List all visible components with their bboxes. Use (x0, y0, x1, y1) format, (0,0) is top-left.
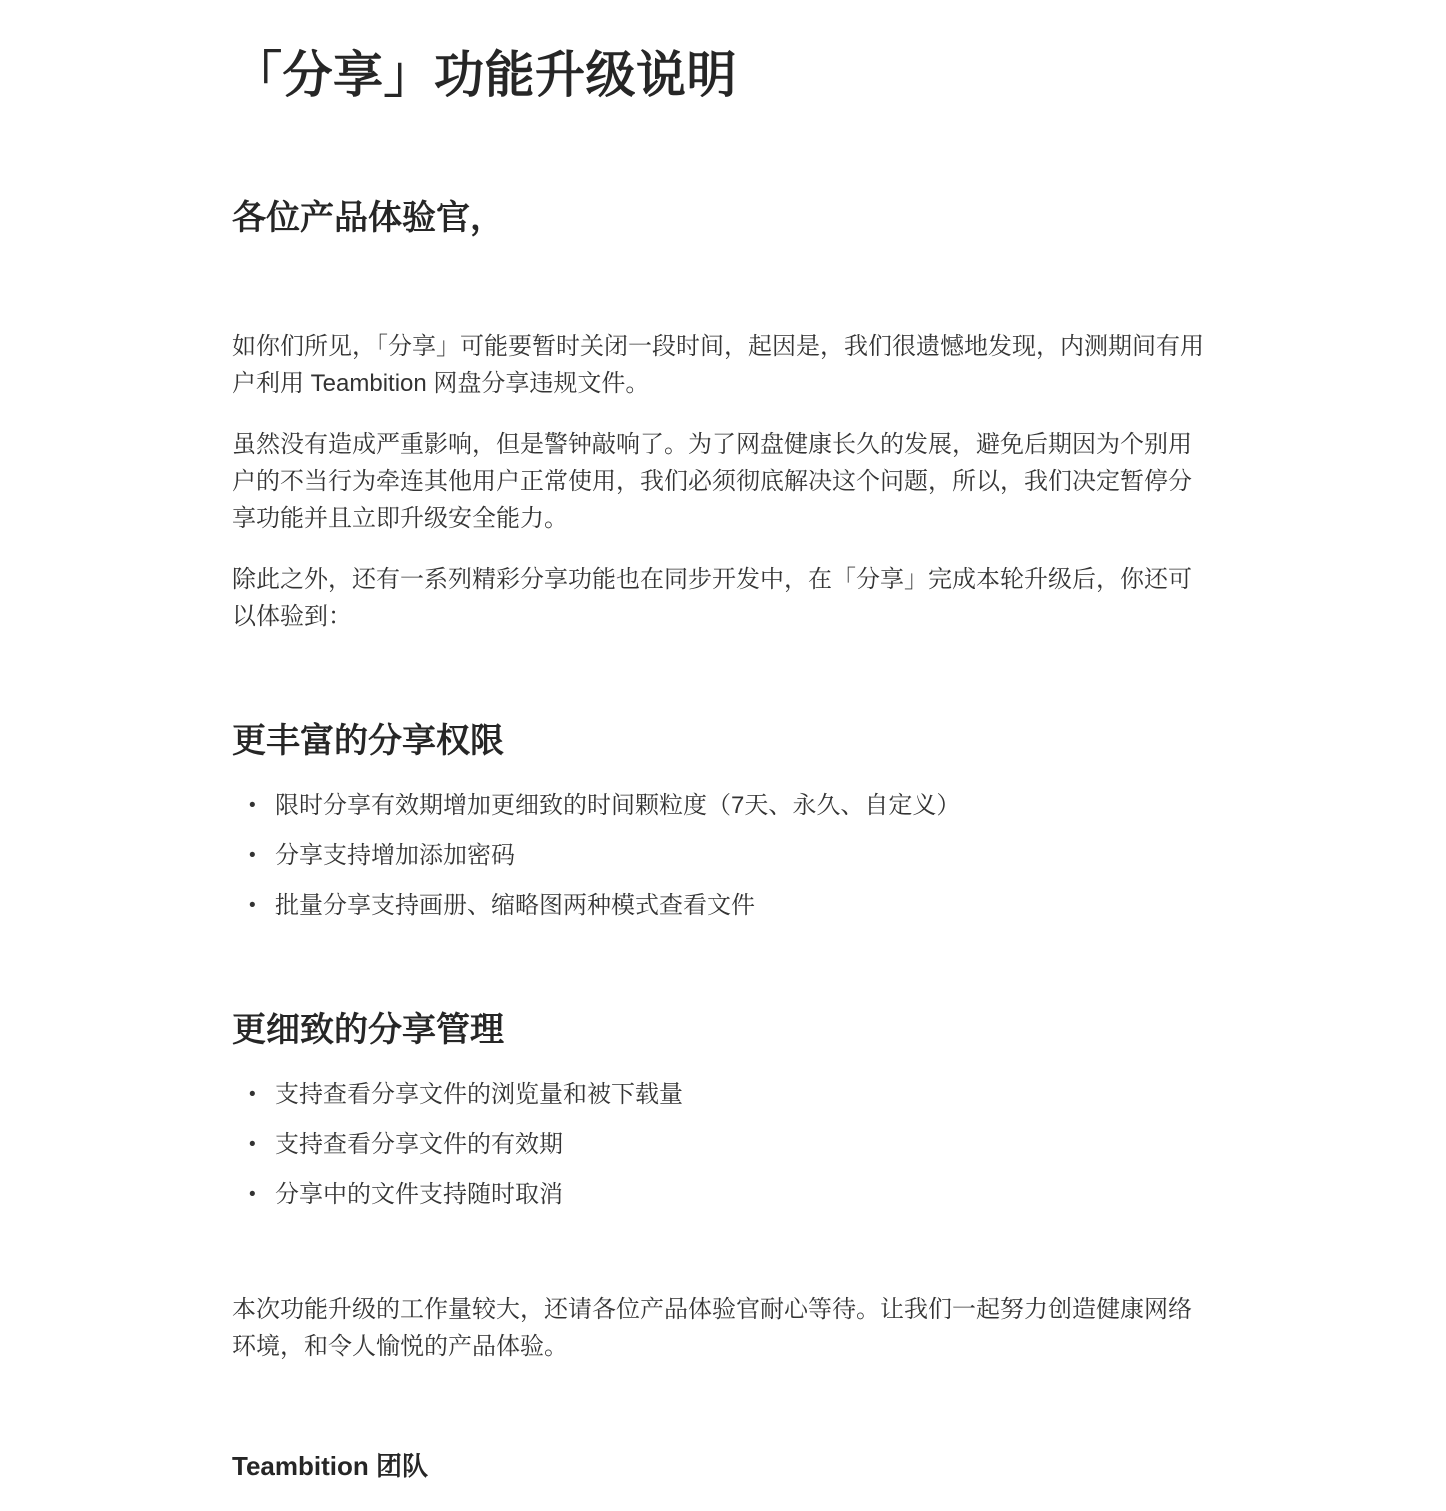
list-item-text: 限时分享有效期增加更细致的时间颗粒度（7天、永久、自定义） (275, 792, 960, 819)
list-item-text: 分享中的文件支持随时取消 (275, 1181, 563, 1208)
list-item-text: 支持查看分享文件的有效期 (275, 1131, 563, 1158)
list-item-text: 分享支持增加添加密码 (275, 842, 515, 869)
list-item: • 限时分享有效期增加更细致的时间颗粒度（7天、永久、自定义） (232, 787, 1214, 824)
bullet-dot-icon: • (249, 1176, 256, 1213)
list-item: • 支持查看分享文件的浏览量和被下载量 (232, 1076, 1214, 1113)
intro-paragraph-2: 虽然没有造成严重影响，但是警钟敲响了。为了网盘健康长久的发展，避免后期因为个别用… (232, 426, 1214, 537)
list-item: • 支持查看分享文件的有效期 (232, 1126, 1214, 1163)
bullet-dot-icon: • (249, 837, 256, 874)
list-item-text: 支持查看分享文件的浏览量和被下载量 (275, 1081, 683, 1108)
share-management-list: • 支持查看分享文件的浏览量和被下载量 • 支持查看分享文件的有效期 • 分享中… (232, 1076, 1214, 1213)
intro-paragraph-1: 如你们所见，「分享」可能要暂时关闭一段时间，起因是，我们很遗憾地发现，内测期间有… (232, 328, 1214, 402)
bullet-dot-icon: • (249, 1076, 256, 1113)
section-heading-share-management: 更细致的分享管理 (232, 1008, 1214, 1052)
bullet-dot-icon: • (249, 887, 256, 924)
intro-paragraph-3: 除此之外，还有一系列精彩分享功能也在同步开发中，在「分享」完成本轮升级后，你还可… (232, 561, 1214, 635)
list-item: • 分享中的文件支持随时取消 (232, 1176, 1214, 1213)
closing-paragraph: 本次功能升级的工作量较大，还请各位产品体验官耐心等待。让我们一起努力创造健康网络… (232, 1291, 1214, 1365)
section-heading-share-permissions: 更丰富的分享权限 (232, 719, 1214, 763)
document-page: 「分享」功能升级说明 各位产品体验官， 如你们所见，「分享」可能要暂时关闭一段时… (232, 0, 1214, 1506)
list-item: • 分享支持增加添加密码 (232, 837, 1214, 874)
list-item: • 批量分享支持画册、缩略图两种模式查看文件 (232, 887, 1214, 924)
bullet-dot-icon: • (249, 787, 256, 824)
page-title: 「分享」功能升级说明 (232, 43, 1214, 108)
list-item-text: 批量分享支持画册、缩略图两种模式查看文件 (275, 892, 755, 919)
bullet-dot-icon: • (249, 1126, 256, 1163)
greeting-line: 各位产品体验官， (232, 196, 1214, 240)
signature-line: Teambition 团队 (232, 1446, 1214, 1486)
share-permissions-list: • 限时分享有效期增加更细致的时间颗粒度（7天、永久、自定义） • 分享支持增加… (232, 787, 1214, 924)
